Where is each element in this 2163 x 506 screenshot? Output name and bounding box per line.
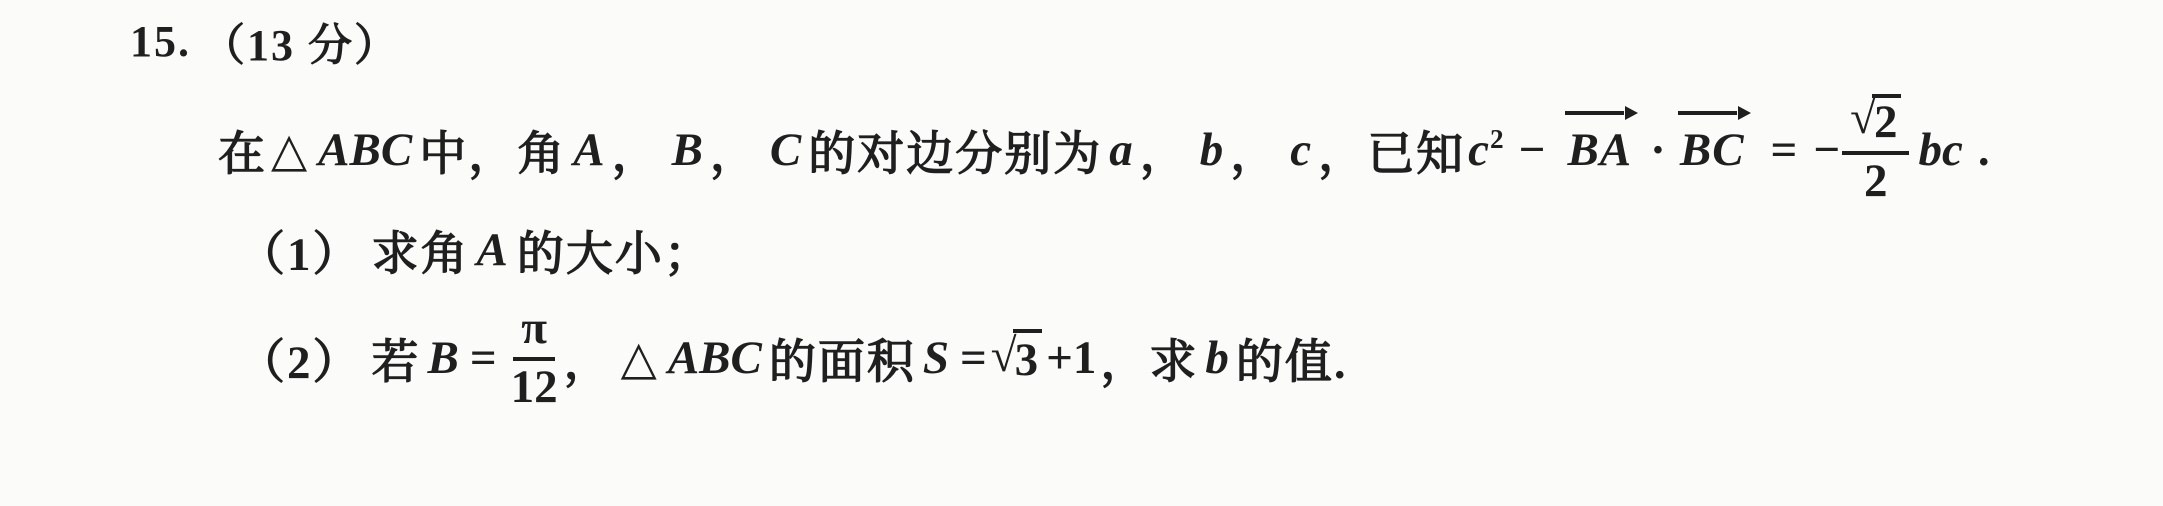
text-segment: 求角 bbox=[372, 217, 470, 284]
question-part-2: （2） 若 B = π 12 ， △ ABC 的面积 S = √ 3 +1 ，求… bbox=[238, 300, 1348, 416]
comma: ， bbox=[564, 325, 611, 392]
vector-ba-label: BA bbox=[1567, 124, 1632, 176]
vector-ba: BA bbox=[1567, 123, 1632, 177]
comma: ， bbox=[710, 117, 757, 184]
text-segment: 的值. bbox=[1236, 325, 1348, 392]
comma: ， bbox=[612, 117, 659, 184]
radicand: 2 bbox=[1872, 94, 1902, 147]
dot-operator: · bbox=[1650, 123, 1666, 177]
problem-header: 15. （13 分） bbox=[130, 16, 410, 66]
comma: ， bbox=[1230, 117, 1277, 184]
fraction-numerator: π bbox=[513, 304, 555, 360]
equals-sign: = bbox=[1771, 123, 1798, 177]
var-side-c: c bbox=[1290, 123, 1311, 177]
text-segment: ，已知 bbox=[1318, 117, 1465, 184]
exponent: 2 bbox=[1490, 124, 1504, 154]
fraction-numerator: √ 2 bbox=[1842, 94, 1909, 154]
comma: ， bbox=[1140, 117, 1187, 184]
triangle-name: ABC bbox=[668, 331, 762, 385]
radicand: 3 bbox=[1013, 329, 1043, 387]
fraction-pi-over-12: π 12 bbox=[511, 304, 558, 412]
text-segment: 中，角 bbox=[419, 117, 566, 184]
var-angle-c: C bbox=[770, 123, 801, 177]
fraction-sqrt2-over-2: √ 2 2 bbox=[1842, 94, 1909, 206]
plus-one: +1 bbox=[1046, 331, 1096, 385]
problem-points: （13 分） bbox=[201, 9, 400, 73]
text-segment: 的对边分别为 bbox=[808, 117, 1102, 184]
var-angle-a: A bbox=[477, 223, 510, 277]
sqrt-2: √ 2 bbox=[1850, 94, 1901, 147]
triangle-symbol: △ bbox=[271, 123, 307, 178]
problem-statement: 在 △ ABC 中，角 A ， B ， C 的对边分别为 a ， b ， c ，… bbox=[218, 84, 2002, 216]
var-side-b: b bbox=[1200, 123, 1224, 177]
equals-sign: = bbox=[470, 331, 497, 385]
var-angle-a: A bbox=[573, 123, 604, 177]
var-side-b: b bbox=[1205, 331, 1229, 385]
var-bc-product: bc bbox=[1918, 123, 1962, 177]
vector-bc: BC bbox=[1680, 123, 1745, 177]
part2-label: （2） bbox=[238, 325, 362, 392]
period: . bbox=[1978, 123, 1990, 177]
triangle-name: ABC bbox=[318, 123, 412, 177]
var-angle-b: B bbox=[428, 331, 459, 385]
text-segment: 在 bbox=[218, 117, 267, 184]
var-angle-b: B bbox=[672, 123, 703, 177]
problem-number: 15. bbox=[130, 16, 191, 67]
exam-problem-page: 15. （13 分） 在 △ ABC 中，角 A ， B ， C 的对边分别为 … bbox=[0, 0, 2163, 506]
var-side-a: a bbox=[1109, 123, 1133, 177]
text-segment: 若 bbox=[372, 325, 421, 392]
equation-c-squared: c2 bbox=[1468, 123, 1504, 177]
fraction-denominator: 2 bbox=[1864, 155, 1888, 206]
text-segment: 的面积 bbox=[769, 325, 916, 392]
text-segment: 的大小； bbox=[517, 217, 713, 284]
vector-bc-label: BC bbox=[1680, 124, 1745, 176]
text-segment: ，求 bbox=[1100, 325, 1198, 392]
question-part-1: （1） 求角 A 的大小； bbox=[238, 222, 713, 278]
var-area-s: S bbox=[923, 331, 949, 385]
minus-sign: − bbox=[1519, 123, 1546, 177]
negative-sign: − bbox=[1813, 123, 1840, 177]
part1-label: （1） bbox=[238, 217, 362, 284]
fraction-denominator: 12 bbox=[511, 361, 558, 412]
triangle-symbol: △ bbox=[621, 331, 657, 386]
var-c: c bbox=[1468, 124, 1489, 176]
sqrt-3: √ 3 bbox=[991, 329, 1042, 387]
equals-sign: = bbox=[960, 331, 987, 385]
